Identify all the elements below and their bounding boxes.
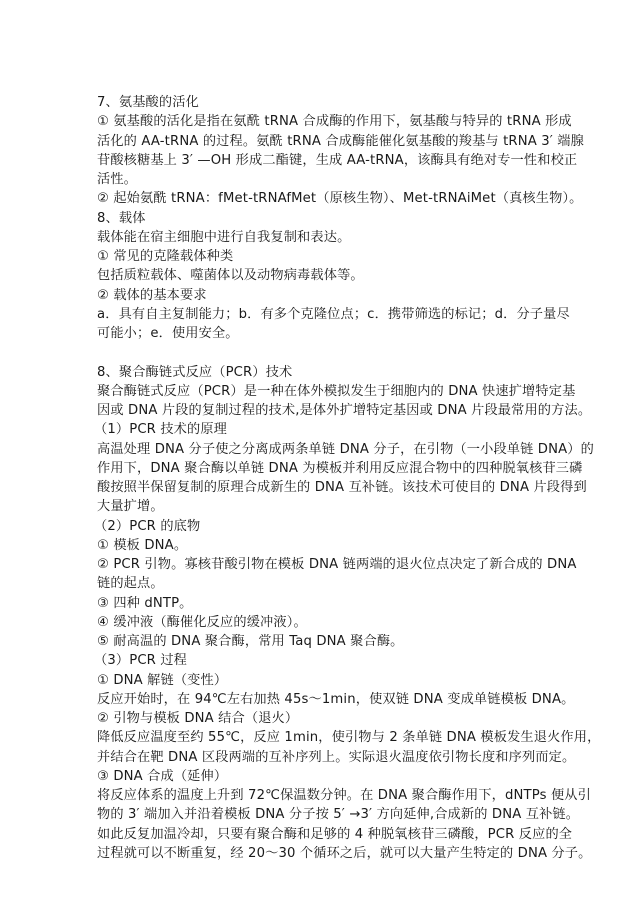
text-line: 链的起点。 bbox=[97, 574, 547, 593]
text-line: a．具有自主复制能力；b．有多个克隆位点；c．携带筛选的标记；d．分子量尽 bbox=[97, 305, 547, 324]
text-line: ② 起始氨酰 tRNA：fMet-tRNAfMet（原核生物）、Met-tRNA… bbox=[97, 189, 547, 208]
text-line: ① 常见的克隆载体种类 bbox=[97, 247, 547, 266]
text-line: ③ 四种 dNTP。 bbox=[97, 594, 547, 613]
section-heading: 8、载体 bbox=[97, 209, 547, 228]
text-line: 过程就可以不断重复，经 20～30 个循环之后，就可以大量产生特定的 DNA 分… bbox=[97, 844, 547, 863]
text-line: ② 载体的基本要求 bbox=[97, 286, 547, 305]
section-vector: 8、载体 载体能在宿主细胞中进行自我复制和表达。 ① 常见的克隆载体种类 包括质… bbox=[97, 209, 547, 344]
text-line: ④ 缓冲液（酶催化反应的缓冲液）。 bbox=[97, 613, 547, 632]
section-pcr: 8、聚合酶链式反应（PCR）技术 聚合酶链式反应（PCR）是一种在体外模拟发生于… bbox=[97, 363, 547, 864]
text-line: 将反应体系的温度上升到 72℃保温数分钟。在 DNA 聚合酶作用下，dNTPs … bbox=[97, 786, 547, 805]
text-line: 高温处理 DNA 分子使之分离成两条单链 DNA 分子，在引物（一小段单链 DN… bbox=[97, 440, 547, 459]
text-line: 大量扩增。 bbox=[97, 497, 547, 516]
text-line: 并结合在靶 DNA 区段两端的互补序列上。实际退火温度依引物长度和序列而定。 bbox=[97, 748, 547, 767]
document-page: 7、氨基酸的活化 ① 氨基酸的活化是指在氨酰 tRNA 合成酶的作用下，氨基酸与… bbox=[97, 93, 547, 863]
text-line: 苷酸核糖基上 3′ —OH 形成二酯键，生成 AA-tRNA，该酶具有绝对专一性… bbox=[97, 151, 547, 170]
subheading: （2）PCR 的底物 bbox=[94, 517, 547, 536]
text-line: 包括质粒载体、噬菌体以及动物病毒载体等。 bbox=[97, 266, 547, 285]
text-line: ② PCR 引物。寡核苷酸引物在模板 DNA 链两端的退火位点决定了新合成的 D… bbox=[97, 555, 547, 574]
text-line: ① DNA 解链（变性） bbox=[97, 671, 547, 690]
text-line: 活性。 bbox=[97, 170, 547, 189]
subheading: （1）PCR 技术的原理 bbox=[94, 420, 547, 439]
section-amino-acid-activation: 7、氨基酸的活化 ① 氨基酸的活化是指在氨酰 tRNA 合成酶的作用下，氨基酸与… bbox=[97, 93, 547, 209]
text-line: ⑤ 耐高温的 DNA 聚合酶，常用 Taq DNA 聚合酶。 bbox=[97, 632, 547, 651]
text-line: ② 引物与模板 DNA 结合（退火） bbox=[97, 709, 547, 728]
section-heading: 7、氨基酸的活化 bbox=[97, 93, 547, 112]
text-line: 因或 DNA 片段的复制过程的技术,是体外扩增特定基因或 DNA 片段最常用的方… bbox=[97, 401, 547, 420]
text-line: 降低反应温度至约 55℃，反应 1min，使引物与 2 条单链 DNA 模板发生… bbox=[97, 728, 547, 747]
text-line: ③ DNA 合成（延伸） bbox=[97, 767, 547, 786]
subheading: （3）PCR 过程 bbox=[94, 651, 547, 670]
paragraph-gap bbox=[97, 343, 547, 362]
section-heading: 8、聚合酶链式反应（PCR）技术 bbox=[97, 363, 547, 382]
text-line: 载体能在宿主细胞中进行自我复制和表达。 bbox=[97, 228, 547, 247]
text-line: 物的 3′ 端加入并沿着模板 DNA 分子按 5′ →3′ 方向延伸,合成新的 … bbox=[97, 805, 547, 824]
text-line: ① 氨基酸的活化是指在氨酰 tRNA 合成酶的作用下，氨基酸与特异的 tRNA … bbox=[97, 112, 547, 131]
text-line: 如此反复加温冷却，只要有聚合酶和足够的 4 种脱氧核苷三磷酸，PCR 反应的全 bbox=[97, 825, 547, 844]
text-line: 可能小；e．使用安全。 bbox=[97, 324, 547, 343]
text-line: 活化的 AA-tRNA 的过程。氨酰 tRNA 合成酶能催化氨基酸的羧基与 tR… bbox=[97, 132, 547, 151]
text-line: 作用下，DNA 聚合酶以单链 DNA 为模板并利用反应混合物中的四种脱氧核苷三磷 bbox=[97, 459, 547, 478]
text-line: 聚合酶链式反应（PCR）是一种在体外模拟发生于细胞内的 DNA 快速扩增特定基 bbox=[97, 382, 547, 401]
text-line: ① 模板 DNA。 bbox=[97, 536, 547, 555]
text-line: 酸按照半保留复制的原理合成新生的 DNA 互补链。该技术可使目的 DNA 片段得… bbox=[97, 478, 547, 497]
text-line: 反应开始时，在 94℃左右加热 45s～1min，使双链 DNA 变成单链模板 … bbox=[97, 690, 547, 709]
